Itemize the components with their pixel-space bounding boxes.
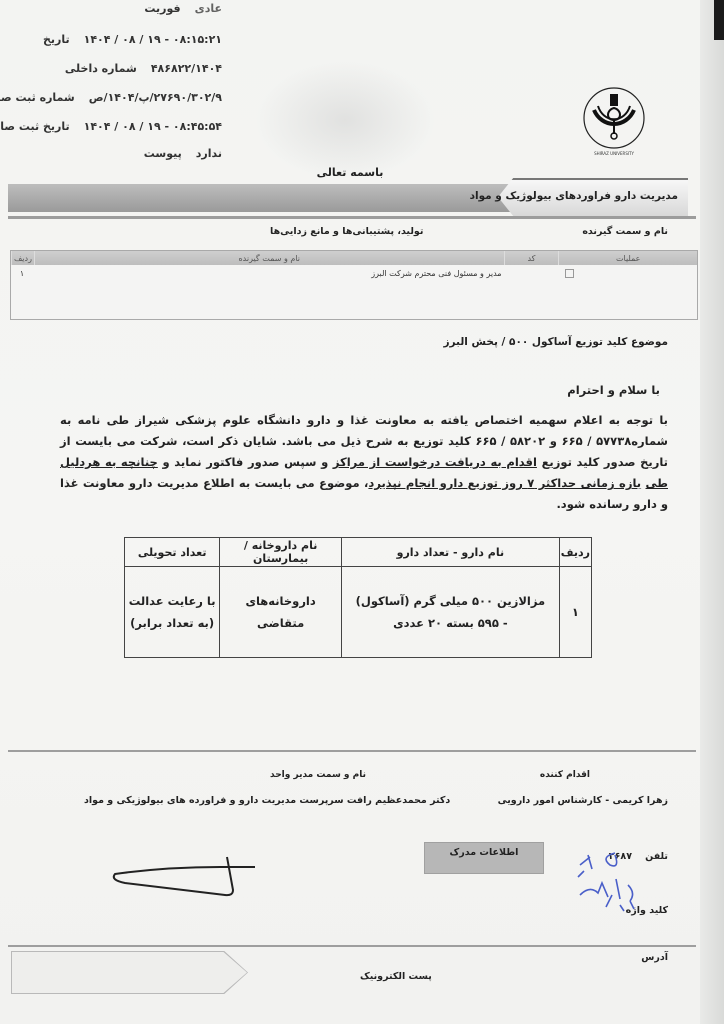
manager-value: دکتر محمدعظیم رافت سرپرست مدیریت دارو و … — [84, 795, 450, 806]
recipient-table-header: ردیف نام و سمت گیرنده کد عملیات — [11, 251, 697, 265]
actor-value: زهرا کریمی - کارشناس امور دارویی — [498, 795, 668, 806]
row-index: ۱ — [559, 567, 591, 658]
meta-value: ندارد — [196, 147, 222, 160]
meta-label: تاریخ ثبت صادره — [0, 120, 70, 133]
meta-value: عادی — [195, 2, 222, 15]
row-delivery: با رعایت عدالت (به تعداد برابر) — [125, 567, 220, 658]
meta-value: ۲۷۶۹۰/۳۰۲/۹/پ/۱۴۰۴/ص — [89, 91, 222, 104]
drug-quantity: - ۵۹۵ بسته ۲۰ عددی — [343, 612, 558, 634]
scan-edge — [700, 0, 724, 1024]
meta-value: ۴۸۶۸۲۲/۱۴۰۴ — [151, 62, 222, 75]
meta-date: تاریخ ۱۴۰۴ / ۰۸ / ۱۹ - ۰۸:۱۵:۲۱ — [0, 33, 222, 46]
drug-name: مزالازین ۵۰۰ میلی گرم (آساکول) — [343, 590, 558, 612]
recipient-value: تولید، پشتیبانی‌ها و مانع زدایی‌ها — [270, 226, 423, 237]
meta-value: ۱۴۰۴ / ۰۸ / ۱۹ - ۰۸:۱۵:۲۱ — [84, 33, 222, 46]
manager-label: نام و سمت مدیر واحد — [270, 770, 366, 780]
meta-label: تاریخ — [0, 33, 70, 46]
row-name: مدیر و مسئول فنی محترم شرکت البرز — [33, 269, 506, 278]
divider — [8, 945, 696, 947]
row-drug: مزالازین ۵۰۰ میلی گرم (آساکول) - ۵۹۵ بست… — [341, 567, 559, 658]
footer-tab — [12, 952, 247, 993]
meta-label: فوریت — [101, 2, 181, 15]
meta-issued-date: تاریخ ثبت صادره ۱۴۰۴ / ۰۸ / ۱۹ - ۰۸:۴۵:۵… — [0, 120, 222, 133]
meta-label: شماره ثبت صادره — [0, 91, 75, 104]
col-name: نام و سمت گیرنده — [34, 251, 504, 265]
col-pharmacy: نام داروخانه / بیمارستان — [220, 538, 342, 567]
row-index: ۱ — [11, 269, 33, 278]
recipient-label: نام و سمت گیرنده — [582, 226, 668, 237]
delivery-text: با رعایت عدالت — [126, 590, 218, 612]
letter-page: فوریت عادی تاریخ ۱۴۰۴ / ۰۸ / ۱۹ - ۰۸:۱۵:… — [0, 0, 700, 1024]
address-label: آدرس — [641, 952, 668, 963]
underlined-text: بازه زمانی حداکثر ۷ روز توزیع دارو انجام… — [368, 476, 641, 490]
banner-bar — [8, 184, 528, 212]
divider — [8, 216, 696, 219]
row-pharmacy: داروخانه‌های متقاضی — [220, 567, 342, 658]
col-actions: عملیات — [558, 251, 697, 265]
table-header-row: ردیف نام دارو - تعداد دارو نام داروخانه … — [125, 538, 592, 567]
distribution-table: ردیف نام دارو - تعداد دارو نام داروخانه … — [124, 537, 592, 658]
meta-internal-number: شماره داخلی ۴۸۶۸۲۲/۱۴۰۴ — [57, 62, 222, 75]
letter-subject: موضوع کلید توزیع آساکول ۵۰۰ / پخش البرز — [443, 336, 668, 348]
department-banner: مدیریت دارو فراوردهای بیولوژیک و مواد — [8, 178, 698, 214]
col-index: ردیف — [11, 251, 34, 265]
meta-label: شماره داخلی — [57, 62, 137, 75]
col-index: ردیف — [559, 538, 591, 567]
col-drug: نام دارو - تعداد دارو — [341, 538, 559, 567]
recipient-table: ردیف نام و سمت گیرنده کد عملیات ۱ مدیر و… — [10, 250, 698, 320]
meta-attachment: پیوست ندارد — [102, 147, 222, 160]
department-name: مدیریت دارو فراوردهای بیولوژیک و مواد — [470, 190, 678, 202]
delivery-text: (به تعداد برابر) — [126, 612, 218, 634]
document-info-button[interactable]: اطلاعات مدرک — [424, 842, 544, 874]
meta-priority: فوریت عادی — [101, 2, 222, 15]
actor-label: اقدام کننده — [540, 770, 590, 780]
scan-corner — [714, 0, 724, 40]
meta-issued-number: شماره ثبت صادره ۲۷۶۹۰/۳۰۲/۹/پ/۱۴۰۴/ص — [0, 91, 222, 104]
handwritten-note-icon — [570, 835, 660, 915]
letter-body: با توجه به اعلام سهمیه اختصاص یافته به م… — [60, 410, 668, 515]
table-row: ۱ مزالازین ۵۰۰ میلی گرم (آساکول) - ۵۹۵ ب… — [125, 567, 592, 658]
body-text: و سپس صدور فاکتور نماید و — [158, 455, 333, 469]
svg-text:SHIRAZ UNIVERSITY: SHIRAZ UNIVERSITY — [594, 151, 634, 156]
email-label: پست الکترونیک — [360, 971, 432, 982]
meta-value: ۱۴۰۴ / ۰۸ / ۱۹ - ۰۸:۴۵:۵۴ — [84, 120, 222, 133]
salutation: با سلام و احترام — [567, 383, 660, 397]
table-row: ۱ مدیر و مسئول فنی محترم شرکت البرز — [11, 265, 697, 281]
col-delivery: تعداد تحویلی — [125, 538, 220, 567]
col-code: کد — [504, 251, 559, 265]
background-watermark — [255, 60, 435, 180]
signature-scribble — [105, 852, 265, 902]
divider — [8, 750, 696, 752]
university-logo-icon: SHIRAZ UNIVERSITY — [580, 80, 648, 158]
meta-label: پیوست — [102, 147, 182, 160]
underlined-text: اقدام به دریافت درخواست از مراکز — [333, 455, 537, 469]
document-icon[interactable] — [565, 269, 574, 278]
